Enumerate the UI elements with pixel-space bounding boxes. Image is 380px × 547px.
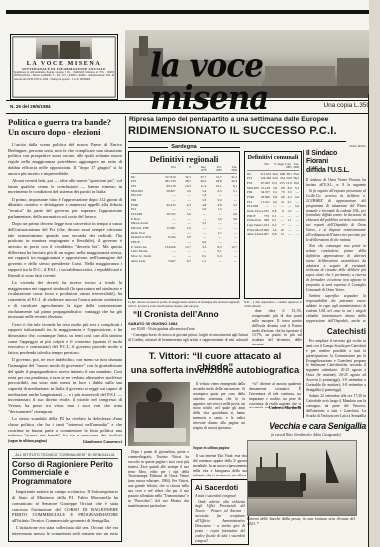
headline-underline (128, 141, 346, 142)
paragraph: ore 10,00 - Visita guidata alla mostra d… (128, 327, 248, 332)
senigallia-byline: (a cura di Rino Girolimetti e Adria Casa… (246, 433, 366, 437)
paragraph: Per ampliare il servizio già svolto in a… (306, 339, 366, 393)
catechisti-title: Catechisti (306, 327, 366, 336)
sardegna-region-label: Sardegna (128, 144, 240, 150)
party-cell: Altre Liste (247, 232, 261, 237)
column-header: Voti (160, 166, 175, 172)
issue-number: N. 25 del 29/6/1984 (10, 104, 51, 109)
comunali-table: Voti%SeggiCom. 1983Eur. 1984DC212.63334,… (247, 163, 299, 238)
column-header (131, 166, 160, 172)
column-rule-left (125, 116, 126, 446)
top-rule (6, 10, 372, 14)
corso-kicker: ALL'ISTITUTO TECNICO "CORINALDESI" DI SE… (12, 453, 118, 459)
value-cell: — (291, 232, 299, 237)
paragraph: L'uscita dalla scena politica del nostro… (8, 142, 122, 176)
paragraph: Il veduto viene emergendo dalla seconda … (193, 382, 245, 431)
value-cell: 5.967 (160, 259, 175, 264)
left-article-title: Politica o guerra tra bande? Un oscuro d… (8, 117, 123, 137)
sacerdoti-lead: A tutti i sacerdoti congrua! (195, 494, 245, 498)
paragraph: Il primo, importante fatto è l'approvazi… (8, 197, 122, 220)
header-separator-rule (6, 113, 372, 115)
table-row: Altre Liste5.9670,71,1—— (131, 259, 237, 264)
vittori-column-a: Il veduto viene emergendo dalla seconda … (193, 382, 245, 444)
column-header (247, 163, 261, 169)
column-header: Pol. 1983 (206, 166, 221, 172)
cronista-schedule: ore 10,00 - Visita guidata alla mostra d… (128, 327, 248, 345)
column-header: Eur. 1984 (222, 166, 237, 172)
paragraph: Alcuni recenti fatti, poi — oltre alle n… (8, 178, 122, 195)
vittori-column-d: Il suo tenente Tito Vinal: esta vita del… (193, 454, 247, 476)
comunali-table-box: Definitivi comunali Voti%SeggiCom. 1983E… (244, 151, 302, 299)
value-cell: 12 (276, 232, 284, 237)
boat-mast-shape (260, 457, 262, 469)
sacerdoti-body: Onde aderire alla richiesta degli Uffici… (195, 500, 245, 544)
tower-spire-silhouette (139, 36, 148, 56)
vittori-column-b: “io” diviene al mostra quaderni densamen… (249, 382, 301, 408)
paragraph: Certo è che tale vicenda ha reso molto p… (8, 322, 122, 356)
fiorani-place-label: Ostra Vetere (306, 144, 366, 148)
value-cell: 0,7 (176, 259, 191, 264)
left-article-continuation: (segue in ultima pagina) (8, 439, 47, 443)
senigallia-title: Vecchia e cara Senigallia (246, 421, 366, 431)
sardegna-table: Voti%Reg. 1979Pol. 1983Eur. 1984DC317.61… (131, 166, 237, 264)
newspaper-front-page: LA VOCE MISENA SETTIMANALE DI INFORMAZIO… (0, 0, 380, 547)
vittori-continuation: Segue in ultima pagina (193, 446, 229, 450)
left-article-title-line2: Un oscuro dopo - elezioni (8, 127, 123, 137)
catechisti-body: Per ampliare il servizio già svolto in a… (306, 339, 366, 417)
harbor-photo-caption: Ritorno delle barche dalla pesca, in una… (247, 517, 355, 527)
sardegna-table-title: Definitivi regionali (131, 154, 237, 164)
masthead-logo-box: LA VOCE MISENA SETTIMANALE DI INFORMAZIO… (10, 34, 118, 100)
sacerdoti-box: Ai Sacerdoti A tutti i sacerdoti congrua… (191, 479, 249, 545)
comunali-table-title: Definitivi comunali (247, 154, 299, 161)
writing-paper-shape (134, 428, 186, 442)
paragraph: “io” diviene al mostra quaderni densamen… (249, 382, 301, 408)
sacerdoti-title: Ai Sacerdoti (195, 483, 245, 492)
table-row: Altre Liste4.4070,812—— (247, 232, 299, 237)
harbor-photo (247, 440, 357, 516)
sardegna-footnote: La DC ritorna ad essere il partito di ma… (128, 301, 240, 309)
value-cell: 0,8 (269, 232, 277, 237)
writer-photo (128, 382, 190, 446)
writer-torso-silhouette (136, 402, 174, 430)
cronista-title: “Il Cronista dell’Anno (133, 309, 251, 319)
column-header: Com. 1983 (284, 163, 292, 169)
paragraph: Lo stesso scandalo della P2 ha rivelato … (8, 416, 122, 436)
column-header: Reg. 1979 (191, 166, 206, 172)
column-header: Voti (261, 163, 269, 169)
copy-price: Una copia L.350 (252, 102, 370, 109)
sardegna-region-label-text: Sardegna (171, 144, 197, 150)
left-article-body: L'uscita dalla scena politica del nostro… (8, 142, 122, 436)
vittori-signature: Umberto Martinelli (249, 406, 301, 410)
quay-foreground-shape (248, 499, 356, 515)
paragraph: dure oltre il 15,1%, recuperando più di … (252, 309, 302, 345)
paragraph: Il suo tenente Tito Vinal: esta vita del… (193, 454, 247, 476)
paragraph: L'istituzione era stata sollecitata dal … (12, 525, 118, 535)
column-header: Seggi (276, 163, 284, 169)
table-header-row: Voti%Reg. 1979Pol. 1983Eur. 1984 (131, 166, 237, 174)
fishing-boat-silhouette (256, 467, 286, 481)
person-silhouette (300, 473, 306, 491)
paragraph: Si fa seguito all'esposto presentato al … (306, 189, 366, 243)
cronista-date: SABATO 30 GIUGNO 1984 (128, 321, 177, 326)
corso-title: Corso di Ragioniere Perito Commerciale e… (12, 461, 118, 488)
page-edge-line (368, 94, 370, 547)
engraving-building-shape (80, 47, 90, 59)
paragraph: Dopo un primo decreto legge non converti… (8, 221, 122, 278)
value-cell: — (284, 232, 292, 237)
value-cell: — (222, 259, 237, 264)
fiorani-title: Il Sindaco Fiorani diffida l’U.S.L. (306, 150, 368, 175)
engraving-building-shape (60, 41, 80, 59)
logo-subtitle: SETTIMANALE DI INFORMAZIONE SOCIALE (11, 67, 117, 71)
column-rule-right (303, 150, 304, 418)
fiorani-letter: Si fa seguito all'esposto presentato al … (306, 189, 366, 323)
column-header: % (176, 166, 191, 172)
vittori-column-c: Dopo i panni di giornalista, poeta e com… (128, 450, 189, 544)
corso-body: Importante notizia in campo scolastico. … (12, 489, 118, 535)
value-cell: 4.407 (261, 232, 269, 237)
paragraph: Il governo, poi, ne esce indebolito, con… (8, 357, 122, 414)
party-cell: Altre Liste (131, 259, 160, 264)
corso-article-box: ALL'ISTITUTO TECNICO "CORINALDESI" DI SE… (8, 449, 122, 542)
vittori-top-rule (128, 347, 302, 348)
column-header: % (269, 163, 277, 169)
sardegna-table-box: Definitivi regionali Voti%Reg. 1979Pol. … (128, 151, 240, 299)
election-commentary: dure oltre il 15,1%, recuperando più di … (252, 309, 302, 345)
engraving-building-shape (42, 45, 58, 59)
fiorani-intro: Il sindaco di Ostra Vetere Fiorani, ha i… (306, 178, 366, 187)
pier-silhouette (248, 481, 303, 497)
paragraph: Sabato 22 settembre alle ore 17,30 in Ca… (306, 394, 366, 417)
comunali-footnote: N.B. - I dati riguardano i comuni superi… (244, 301, 302, 309)
paragraph: Importante notizia in campo scolastico. … (12, 489, 118, 523)
vittori-headline-2: una sofferta invenzione autobiografica (130, 365, 300, 375)
value-cell: — (206, 259, 221, 264)
logo-fineprint: Spedizione in Abbonamento Postale Gruppo… (11, 71, 117, 82)
left-article-signature: Gianfranco Camerucci (52, 439, 122, 444)
masthead-bottom-rule (6, 100, 372, 101)
logo-engraving-image (36, 38, 92, 59)
table-header-row: Voti%SeggiCom. 1983Eur. 1984 (247, 163, 299, 171)
paragraph: Non che comunque non potrà in seduta con… (306, 244, 366, 293)
paragraph: Dopo i panni di giornalista, poeta e com… (128, 450, 189, 509)
scanner-margin (369, 0, 380, 547)
writer-head-silhouette (146, 388, 162, 403)
logo-name: LA VOCE MISENA (11, 61, 117, 67)
lead-headline: RIDIMENSIONATO IL SUCCESSO P.C.I. (128, 125, 350, 137)
left-article-title-line1: Politica o guerra tra bande? (8, 117, 123, 127)
column-header: Eur. 1984 (291, 163, 299, 169)
lead-kicker: Ripresa lampo del pentapartito a una set… (129, 116, 349, 123)
value-cell: 1,1 (191, 259, 206, 264)
paragraph: Sembra superfluo segnalare la responsabi… (306, 294, 366, 323)
paragraph: Onde aderire alla richiesta degli Uffici… (195, 500, 245, 544)
boat-mast-shape (276, 453, 278, 469)
paragraph: La vicenda dei decreti ha invece inciso … (8, 280, 122, 320)
sail-silhouette (326, 449, 339, 483)
